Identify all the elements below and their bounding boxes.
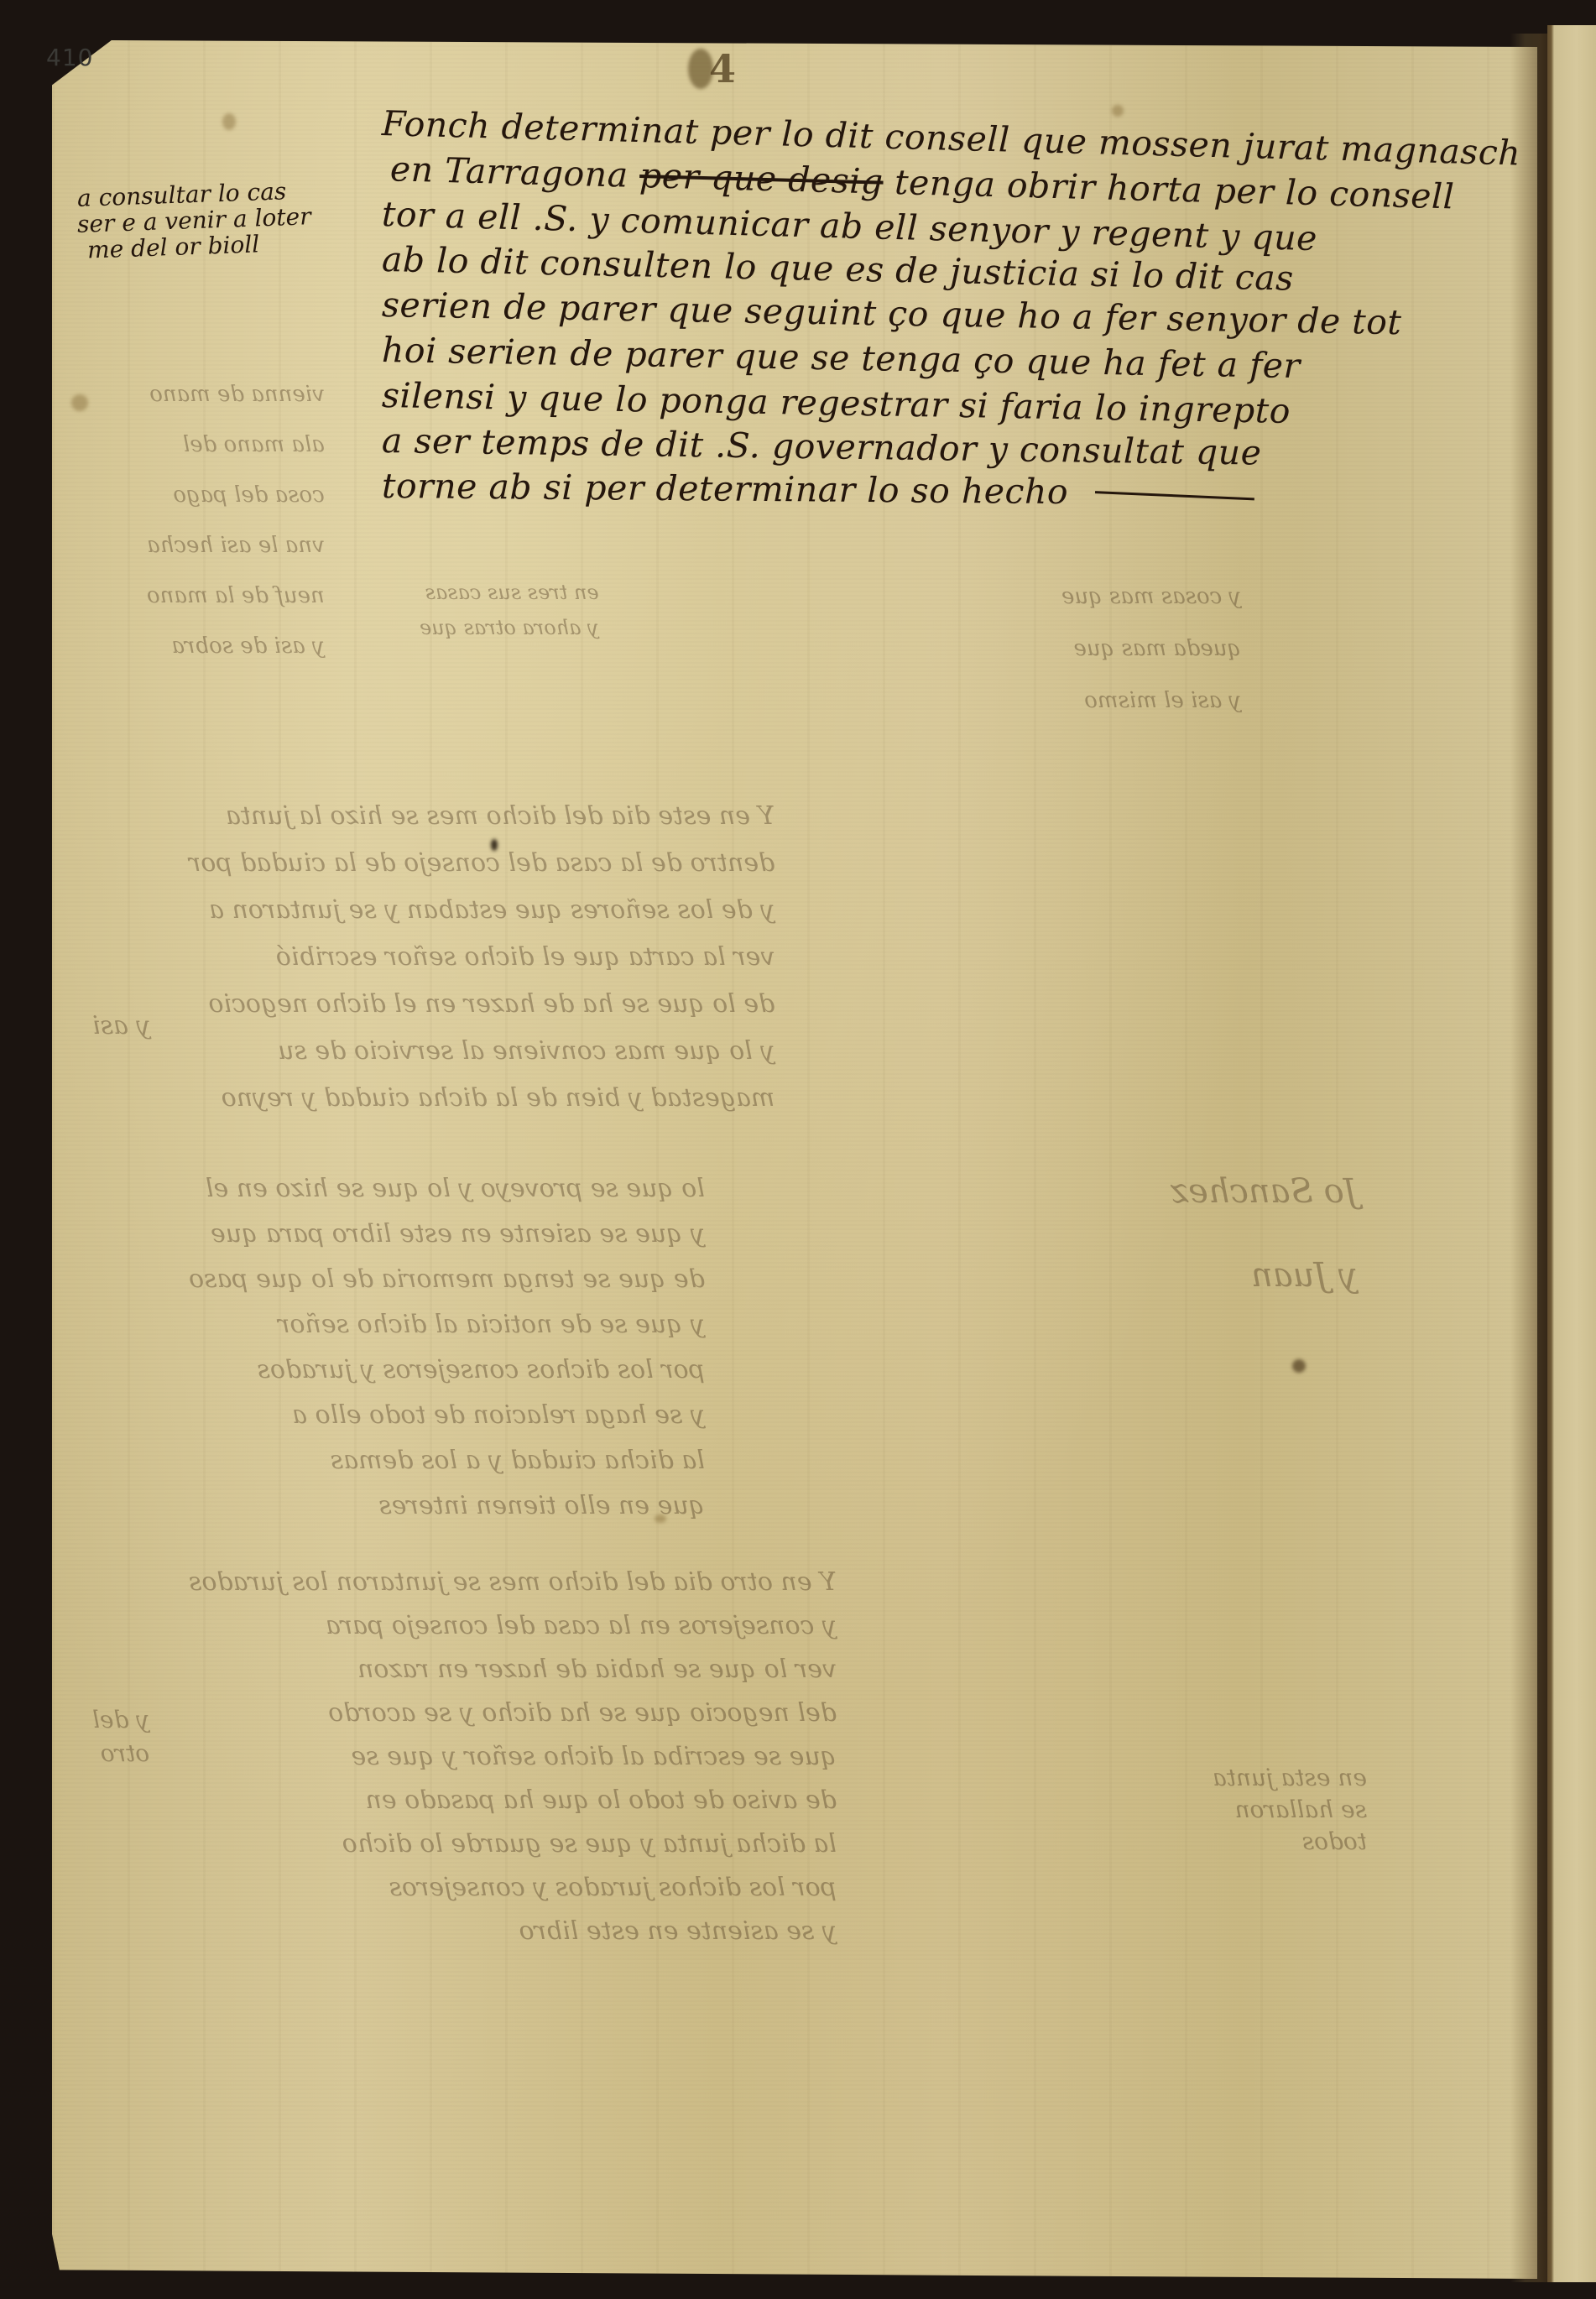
bleed-line: y se haga relacion de todo ello a <box>189 1393 705 1438</box>
main-entry: Fonch determinat per lo dit consell que … <box>382 63 1431 508</box>
bleed-line: de aviso de todo lo que ha pasado en <box>189 1779 837 1822</box>
bleed-through-left-side-c: y asi <box>92 1011 150 1040</box>
bleed-line: y ahora otras que <box>420 610 599 645</box>
entry-line-text: en Tarragona <box>389 149 628 195</box>
bleed-line: queda mas que <box>1061 623 1241 675</box>
bleed-line: ver la carta que el dicho señor escribió <box>189 934 775 981</box>
bleed-line: neuf de la mano <box>147 571 325 621</box>
margin-note: a consultar lo cas ser e a venir a loter… <box>77 180 362 258</box>
bleed-line: en esta junta <box>1213 1762 1367 1794</box>
bleed-line: Y en este dia del dicho mes se hizo la j… <box>189 793 775 840</box>
bleed-line: que en ello tienen interes <box>189 1483 705 1529</box>
bleed-line: todos <box>1213 1826 1367 1858</box>
bleed-line: la dicha junta y que se guarde lo dicho <box>189 1822 837 1866</box>
bleed-line: y asi el mismo <box>1061 675 1241 727</box>
bleed-line: y Juan <box>1171 1233 1358 1317</box>
bleed-line: de lo que se ha de hazer en el dicho neg… <box>189 981 775 1028</box>
bleed-line: magestad y bien de la dicha ciudad y rey… <box>189 1075 775 1122</box>
folio-number: 410 <box>46 44 93 71</box>
bleed-line: del negocio que se ha dicho y se acordo <box>189 1692 837 1735</box>
bleed-line: por los dichos jurados y consejeros <box>189 1866 837 1910</box>
bleed-line: la dicha ciudad y a los demas <box>189 1438 705 1483</box>
struck-text: per que desig <box>639 155 884 202</box>
bleed-line: por los dichos consejeros y jurados <box>189 1348 705 1393</box>
bleed-line: Y en otro dia del dicho mes se juntaron … <box>189 1561 837 1604</box>
bleed-line: vienna de mano <box>147 369 325 420</box>
bleed-through-lower-block: lo que se proveyo y lo que se hizo en el… <box>189 1166 705 1529</box>
bleed-line: y asi de sobra <box>147 621 325 671</box>
bleed-line: dentro de la casa del consejo de la ciud… <box>189 840 775 887</box>
bleed-line: y que se de noticia al dicho señor <box>189 1302 705 1348</box>
bleed-line: en tres sus casas <box>420 575 599 610</box>
bleed-line: se hallaron <box>1213 1794 1367 1826</box>
bleed-through-bottom-block: Y en otro dia del dicho mes se juntaron … <box>189 1561 837 1953</box>
bleed-line: ala mano del <box>147 420 325 470</box>
bleed-line: cosa del pago <box>147 470 325 520</box>
entry-line: torne ab si per determinar lo so hecho <box>382 463 1431 518</box>
bleed-line: y del <box>92 1703 149 1737</box>
bleed-line: y consejeros en la casa del consejo para <box>189 1604 837 1648</box>
bleed-line: y cosas mas que <box>1061 571 1241 623</box>
bleed-line: que se escriba al dicho señor y que se <box>189 1735 837 1779</box>
adjacent-page-edge <box>1547 25 1596 2282</box>
entry-line-text: torne ab si per determinar lo so hecho <box>382 466 1069 512</box>
bleed-line: otro <box>92 1737 149 1770</box>
bleed-line: lo que se proveyo y lo que se hizo en el <box>189 1166 705 1212</box>
bleed-line: y de los señores que estaban y se juntar… <box>189 887 775 934</box>
bleed-line: y lo que mas conviene al servicio de su <box>189 1028 775 1075</box>
bleed-line: de que se tenga memoria de lo que paso <box>189 1257 705 1302</box>
foxing-spot <box>71 394 88 411</box>
bleed-through-right-side-b: en esta junta se hallaron todos <box>1213 1762 1367 1858</box>
bleed-through-center-top: en tres sus casas y ahora otras que <box>420 575 599 645</box>
bleed-line: vna le asi hecha <box>147 520 325 571</box>
bleed-line: y que se asiente en este libro para que <box>189 1212 705 1257</box>
bleed-through-left-side-d: y del otro <box>92 1703 149 1770</box>
bleed-through-left-margin: vienna de mano ala mano del cosa del pag… <box>147 369 325 671</box>
foxing-spot <box>1292 1359 1306 1373</box>
bleed-through-mid-block: Y en este dia del dicho mes se hizo la j… <box>189 793 775 1122</box>
foxing-spot <box>222 113 236 130</box>
bleed-through-right-top: y cosas mas que queda mas que y asi el m… <box>1061 571 1241 727</box>
bleed-line: ver lo que se habia de hazer en razon <box>189 1648 837 1692</box>
end-flourish-line <box>1095 491 1254 500</box>
bleed-line: y se asiente en este libro <box>189 1910 837 1953</box>
bleed-through-right-side-a: Jo Sanchez y Juan <box>1171 1149 1358 1317</box>
bleed-line: Jo Sanchez <box>1171 1149 1358 1233</box>
page-fold-shadow <box>1510 34 1547 2282</box>
